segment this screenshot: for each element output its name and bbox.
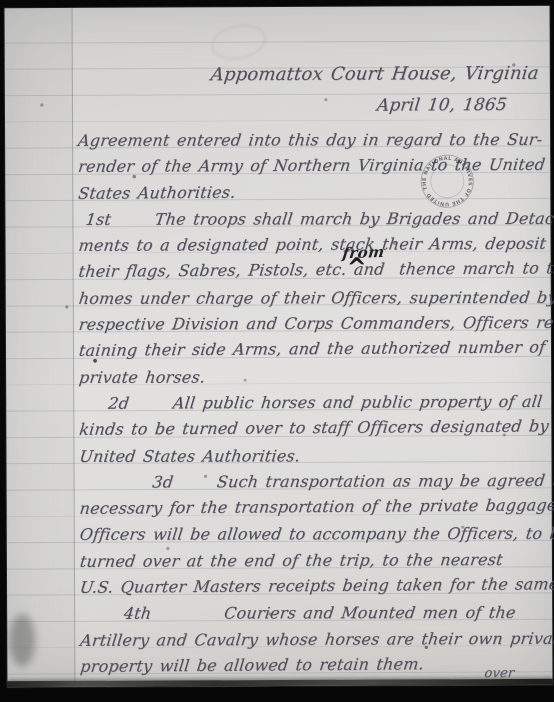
manuscript-line: homes under charge of their Officers, su…	[77, 284, 554, 312]
margin-strip	[5, 8, 75, 687]
manuscript-line: Officers will be allowed to accompany th…	[78, 521, 554, 549]
scan-speckles	[5, 8, 7, 10]
heading-date: April 10, 1865	[376, 95, 508, 116]
manuscript-line: private horses.	[78, 363, 554, 391]
manuscript-line: property will be allowed to retain them.	[79, 650, 554, 680]
manuscript-line: United States Authorities.	[78, 442, 554, 470]
heading-place: Appomattox Court House, Virginia	[210, 63, 540, 85]
manuscript-line: render of the Army of Northern Virginia …	[77, 152, 554, 181]
manuscript-line: U.S. Quarter Masters receipts being take…	[78, 571, 554, 601]
manuscript-line: kinds to be turned over to staff Officer…	[78, 413, 554, 443]
scanned-page: Appomattox Court House, Virginia April 1…	[5, 6, 553, 687]
manuscript-line: 1st The troops shall march by Brigades a…	[77, 206, 554, 234]
manuscript-body: Agreement entered into this day in regar…	[77, 126, 554, 681]
manuscript-line: 2d All public horses and public property…	[78, 388, 554, 417]
manuscript-line: 4th Couriers and Mounted men of the	[79, 600, 554, 628]
insertion-caret-icon: ^	[347, 254, 367, 280]
manuscript-line: 3d Such transportation as may be agreed …	[78, 467, 554, 496]
manuscript-line: Artillery and Cavalry whose horses are t…	[79, 625, 554, 654]
manuscript-line: their flags, Sabres, Pistols, etc. and t…	[77, 255, 554, 285]
edge-smudge	[9, 614, 35, 666]
manuscript-line: Agreement entered into this day in regar…	[77, 127, 554, 155]
page-bottom-edge	[7, 679, 552, 687]
manuscript-line: taining their side Arms, and the authori…	[77, 334, 554, 364]
manuscript-line: necessary for the transportation of the …	[78, 492, 554, 522]
manuscript-line: turned over at the end of the trip, to t…	[78, 546, 554, 575]
